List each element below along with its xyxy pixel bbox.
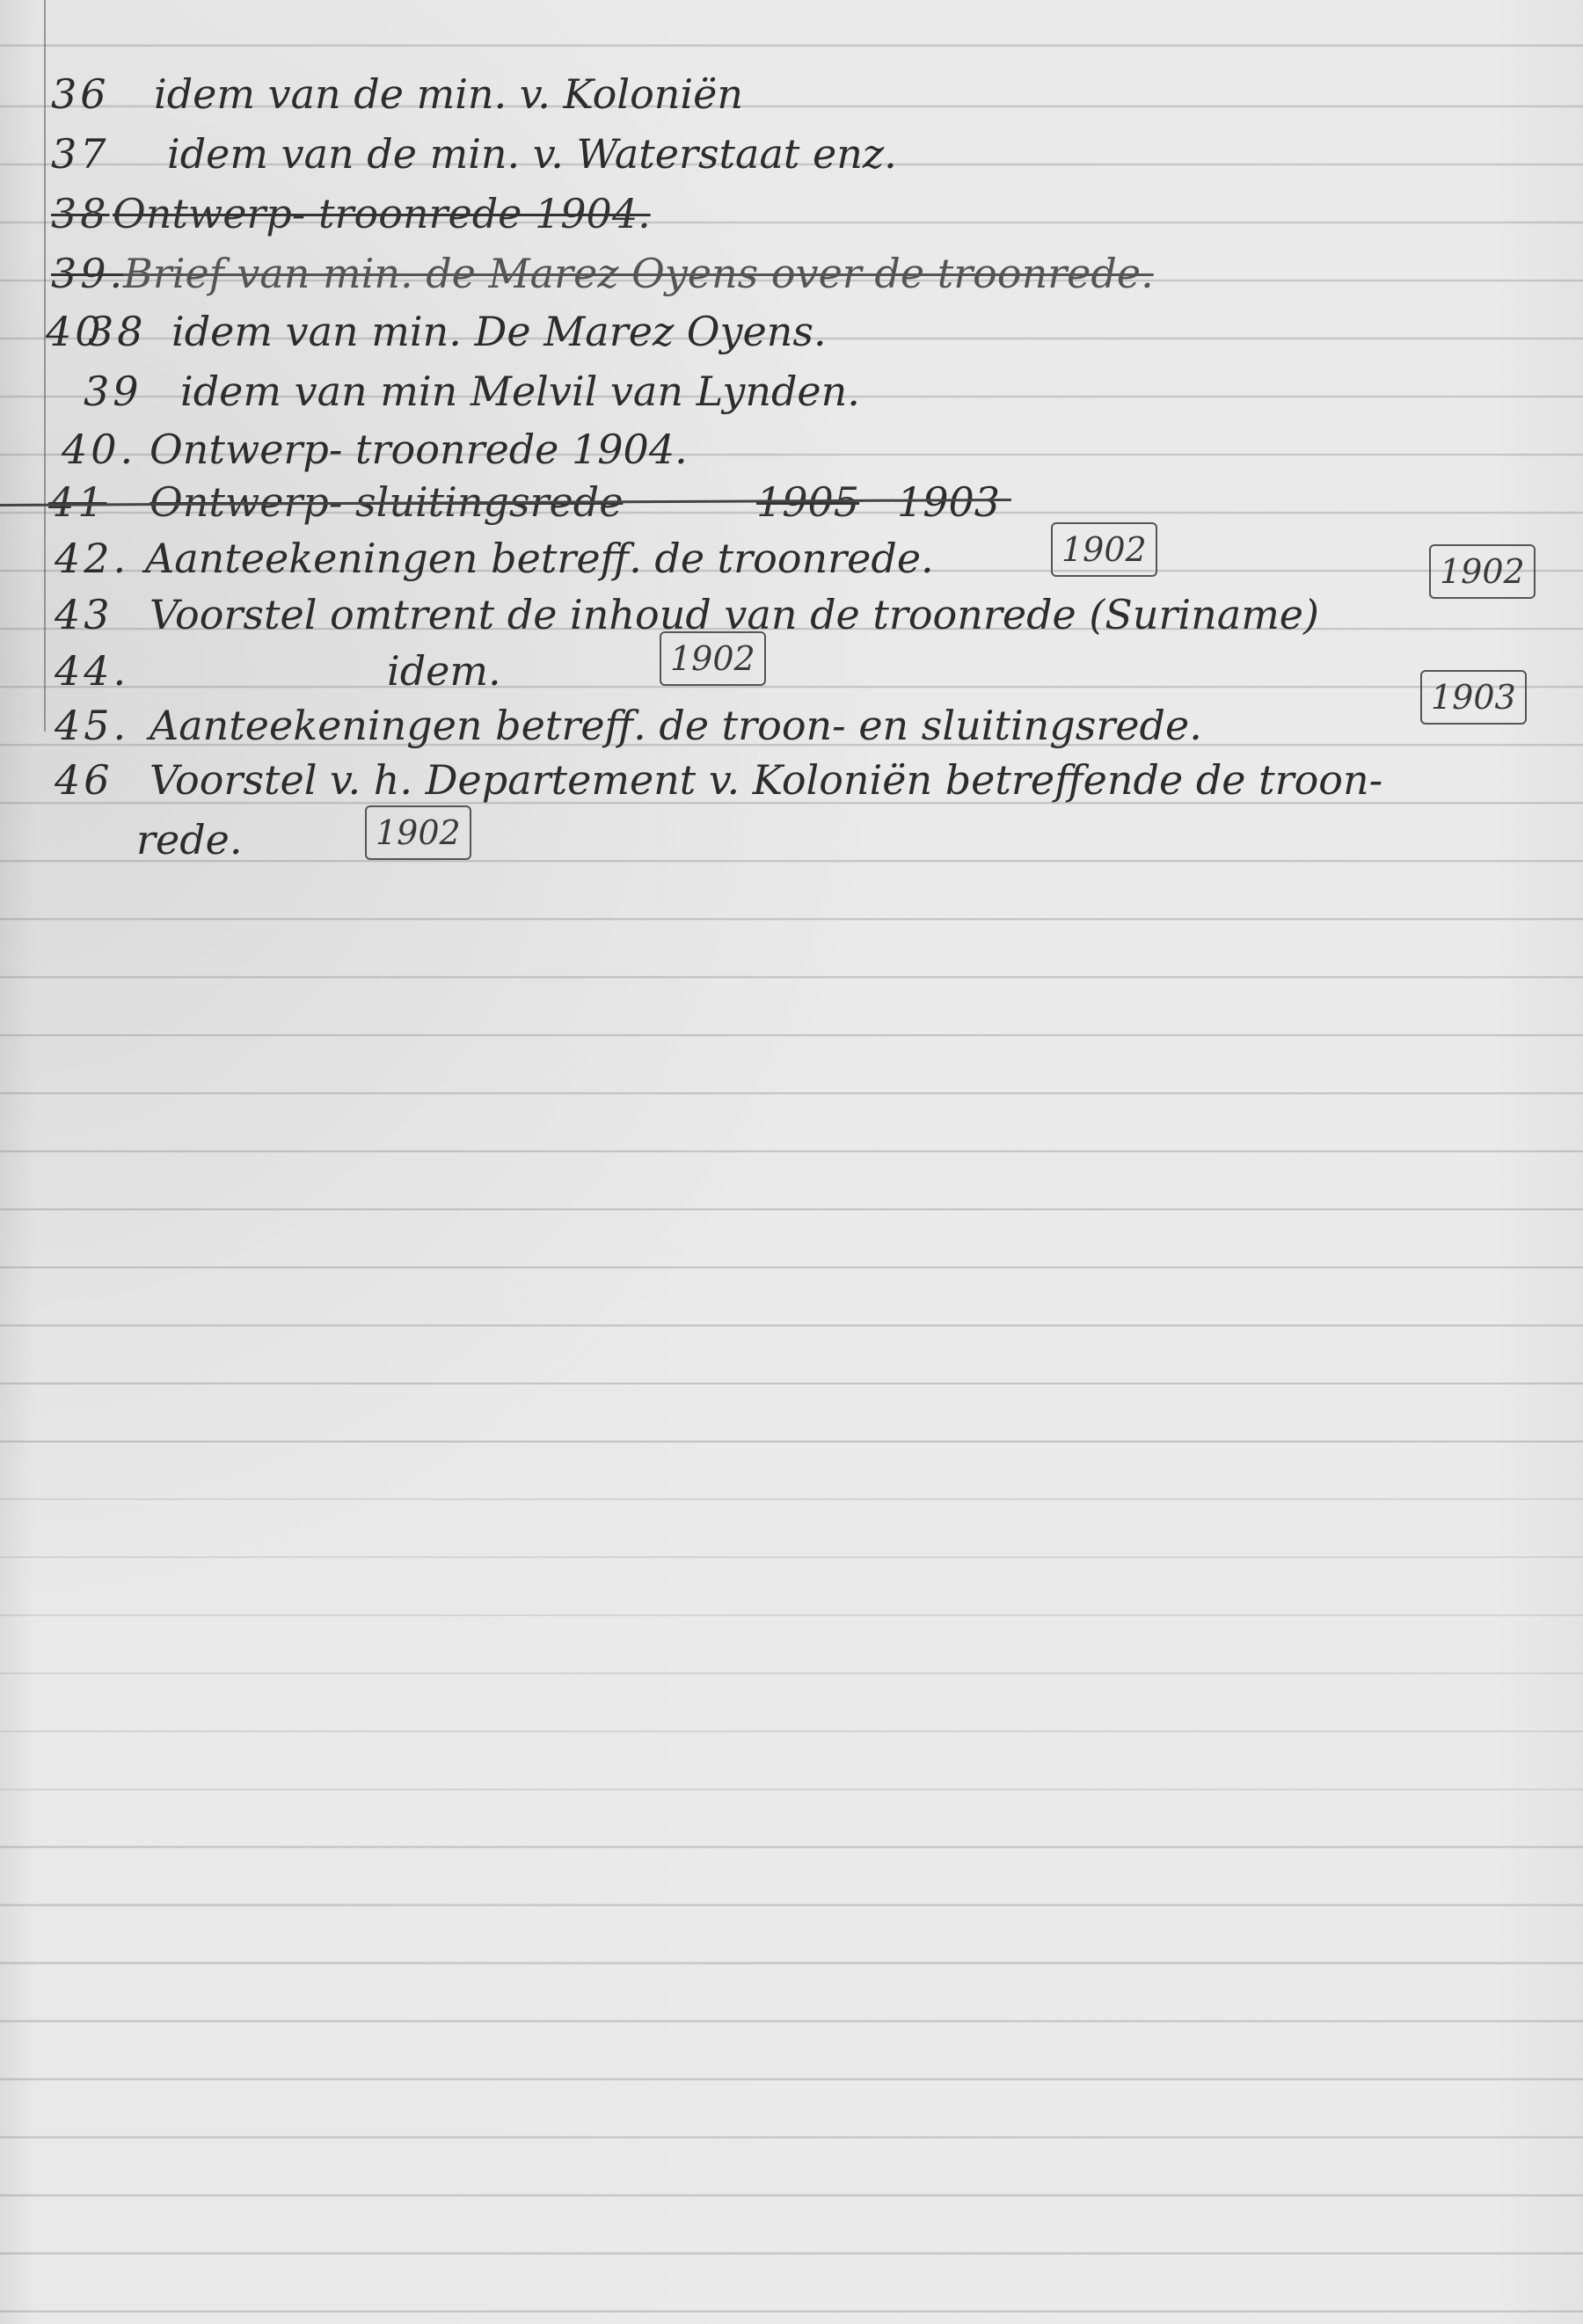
entry-text: Aanteekeningen betreff. de troonrede.	[145, 528, 934, 589]
entry-number: 41	[48, 471, 145, 533]
entry-text-continuation: rede.	[136, 809, 243, 871]
entry-37: 37 idem van de min. v. Waterstaat enz.	[0, 123, 1583, 185]
entry-46-continuation: rede. 1902	[0, 809, 1583, 871]
entry-number: 44.	[55, 640, 151, 702]
corrected-year: 1903	[897, 471, 1000, 533]
entry-39-struck: 39. Brief van min. de Marez Oyens over d…	[0, 243, 1583, 304]
entry-text: Brief van min. de Marez Oyens over de tr…	[123, 243, 1154, 304]
year-bracket: 1902	[1051, 522, 1157, 577]
entry-43: 43 Voorstel omtrent de inhoud van de tro…	[0, 584, 1583, 645]
entry-38-struck: 38 Ontwerp- troonrede 1904.	[0, 183, 1583, 244]
entry-text: idem van min. De Marez Oyens.	[171, 301, 827, 362]
entry-36: 36 idem van de min. v. Koloniën	[0, 63, 1583, 125]
entry-text: idem van min Melvil van Lynden.	[180, 361, 860, 422]
entry-number: 42.	[55, 528, 151, 589]
entry-45: 45. Aanteekeningen betreff. de troon- en…	[0, 695, 1583, 756]
entry-number: 38	[88, 301, 185, 362]
entry-text: idem.	[387, 640, 501, 702]
ledger-page: 36 idem van de min. v. Koloniën 37 idem …	[0, 0, 1583, 2324]
entry-44: 44. idem. 1902	[0, 640, 1583, 702]
entry-number: 39	[84, 361, 180, 422]
entry-text: Aanteekeningen betreff. de troon- en slu…	[150, 695, 1202, 756]
year-bracket: 1902	[660, 631, 766, 686]
entry-number: 45.	[55, 695, 151, 756]
entry-number: 36	[51, 63, 148, 125]
entry-number: 46	[55, 749, 151, 811]
entry-38: 40 38 idem van min. De Marez Oyens.	[0, 301, 1583, 362]
entry-number: 37	[51, 123, 148, 185]
entry-39: 39 idem van min Melvil van Lynden.	[0, 361, 1583, 422]
entry-46: 46 Voorstel v. h. Departement v. Kolonië…	[0, 749, 1583, 811]
entry-text: Voorstel v. h. Departement v. Koloniën b…	[150, 749, 1382, 811]
year-bracket: 1903	[1420, 670, 1527, 725]
entry-text: idem van de min. v. Waterstaat enz.	[167, 123, 897, 185]
entry-text: Ontwerp- troonrede 1904.	[113, 183, 651, 244]
entry-42: 42. Aanteekeningen betreff. de troonrede…	[0, 528, 1583, 589]
entry-number: 43	[55, 584, 151, 645]
year-bracket: 1902	[1429, 544, 1536, 599]
year-bracket: 1902	[365, 805, 471, 860]
entry-text: idem van de min. v. Koloniën	[154, 63, 743, 125]
